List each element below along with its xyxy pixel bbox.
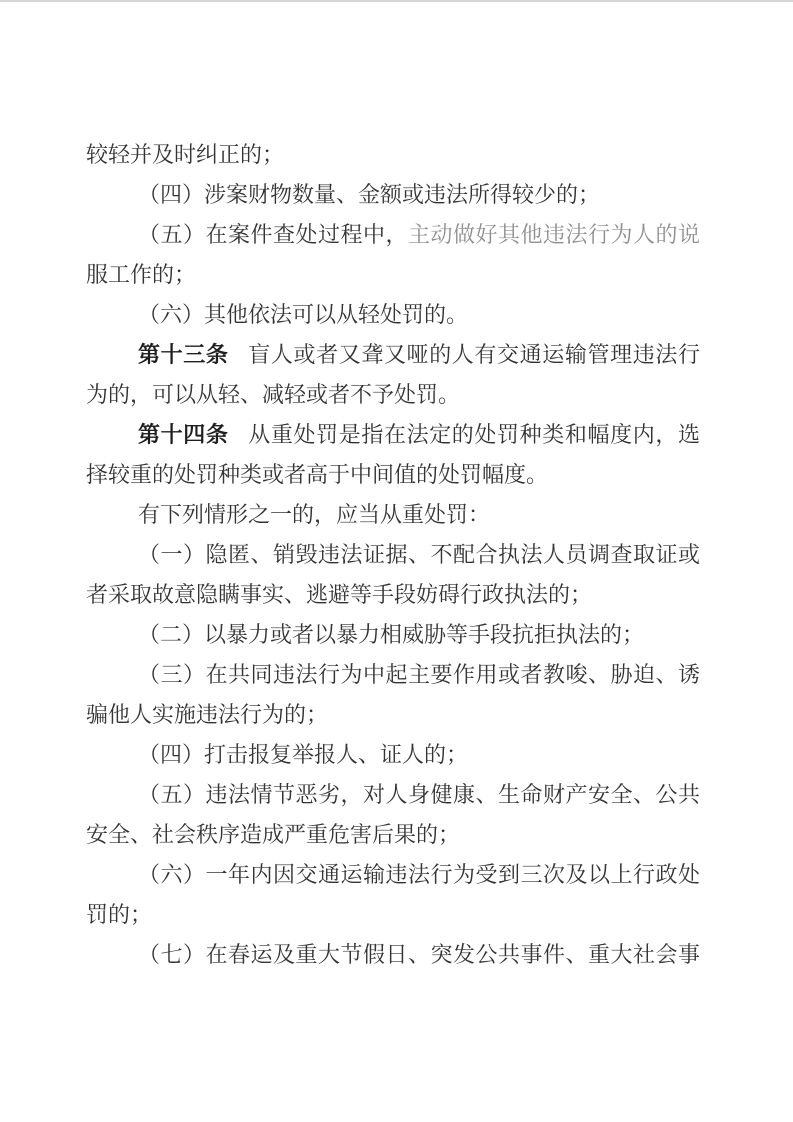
article-number: 第十四条 bbox=[138, 422, 228, 447]
text-line: （二）以暴力或者以暴力相威胁等手段抗拒执法的； bbox=[86, 615, 700, 655]
article-number: 第十三条 bbox=[138, 342, 228, 367]
text-line: 第十四条从重处罚是指在法定的处罚种类和幅度内，选 bbox=[86, 415, 700, 455]
text-line: （四）涉案财物数量、金额或违法所得较少的； bbox=[86, 175, 700, 215]
text-line: 第十三条盲人或者又聋又哑的人有交通运输管理违法行 bbox=[86, 335, 700, 375]
text-line: 有下列情形之一的，应当从重处罚： bbox=[86, 495, 700, 535]
text-line: 服工作的； bbox=[86, 255, 700, 295]
text-line: 为的，可以从轻、减轻或者不予处罚。 bbox=[86, 375, 700, 415]
text-segment: （五）在案件查处过程中， bbox=[138, 222, 408, 247]
text-segment: 从重处罚是指在法定的处罚种类和幅度内，选 bbox=[248, 422, 700, 447]
text-line: （七）在春运及重大节假日、突发公共事件、重大社会事 bbox=[86, 935, 700, 975]
text-line: 较轻并及时纠正的； bbox=[86, 135, 700, 175]
scanned-document-page: 较轻并及时纠正的； （四）涉案财物数量、金额或违法所得较少的； （五）在案件查处… bbox=[0, 0, 793, 1122]
text-line: （五）在案件查处过程中，主动做好其他违法行为人的说 bbox=[86, 215, 700, 255]
text-line: 安全、社会秩序造成严重危害后果的； bbox=[86, 815, 700, 855]
text-line: （一）隐匿、销毁违法证据、不配合执法人员调查取证或 bbox=[86, 535, 700, 575]
scan-edge-artifact bbox=[0, 0, 793, 2]
text-line: （六）一年内因交通运输违法行为受到三次及以上行政处 bbox=[86, 855, 700, 895]
document-text-block: 较轻并及时纠正的； （四）涉案财物数量、金额或违法所得较少的； （五）在案件查处… bbox=[86, 135, 700, 975]
text-line: （三）在共同违法行为中起主要作用或者教唆、胁迫、诱 bbox=[86, 655, 700, 695]
text-line: （四）打击报复举报人、证人的； bbox=[86, 735, 700, 775]
text-line: 骗他人实施违法行为的； bbox=[86, 695, 700, 735]
text-line: 罚的； bbox=[86, 895, 700, 935]
text-segment: 盲人或者又聋又哑的人有交通运输管理违法行 bbox=[248, 342, 700, 367]
faded-text-segment: 主动做好其他违法行为人的说 bbox=[408, 222, 700, 247]
text-line: 者采取故意隐瞒事实、逃避等手段妨碍行政执法的； bbox=[86, 575, 700, 615]
text-line: 择较重的处罚种类或者高于中间值的处罚幅度。 bbox=[86, 455, 700, 495]
text-line: （六）其他依法可以从轻处罚的。 bbox=[86, 295, 700, 335]
text-line: （五）违法情节恶劣，对人身健康、生命财产安全、公共 bbox=[86, 775, 700, 815]
